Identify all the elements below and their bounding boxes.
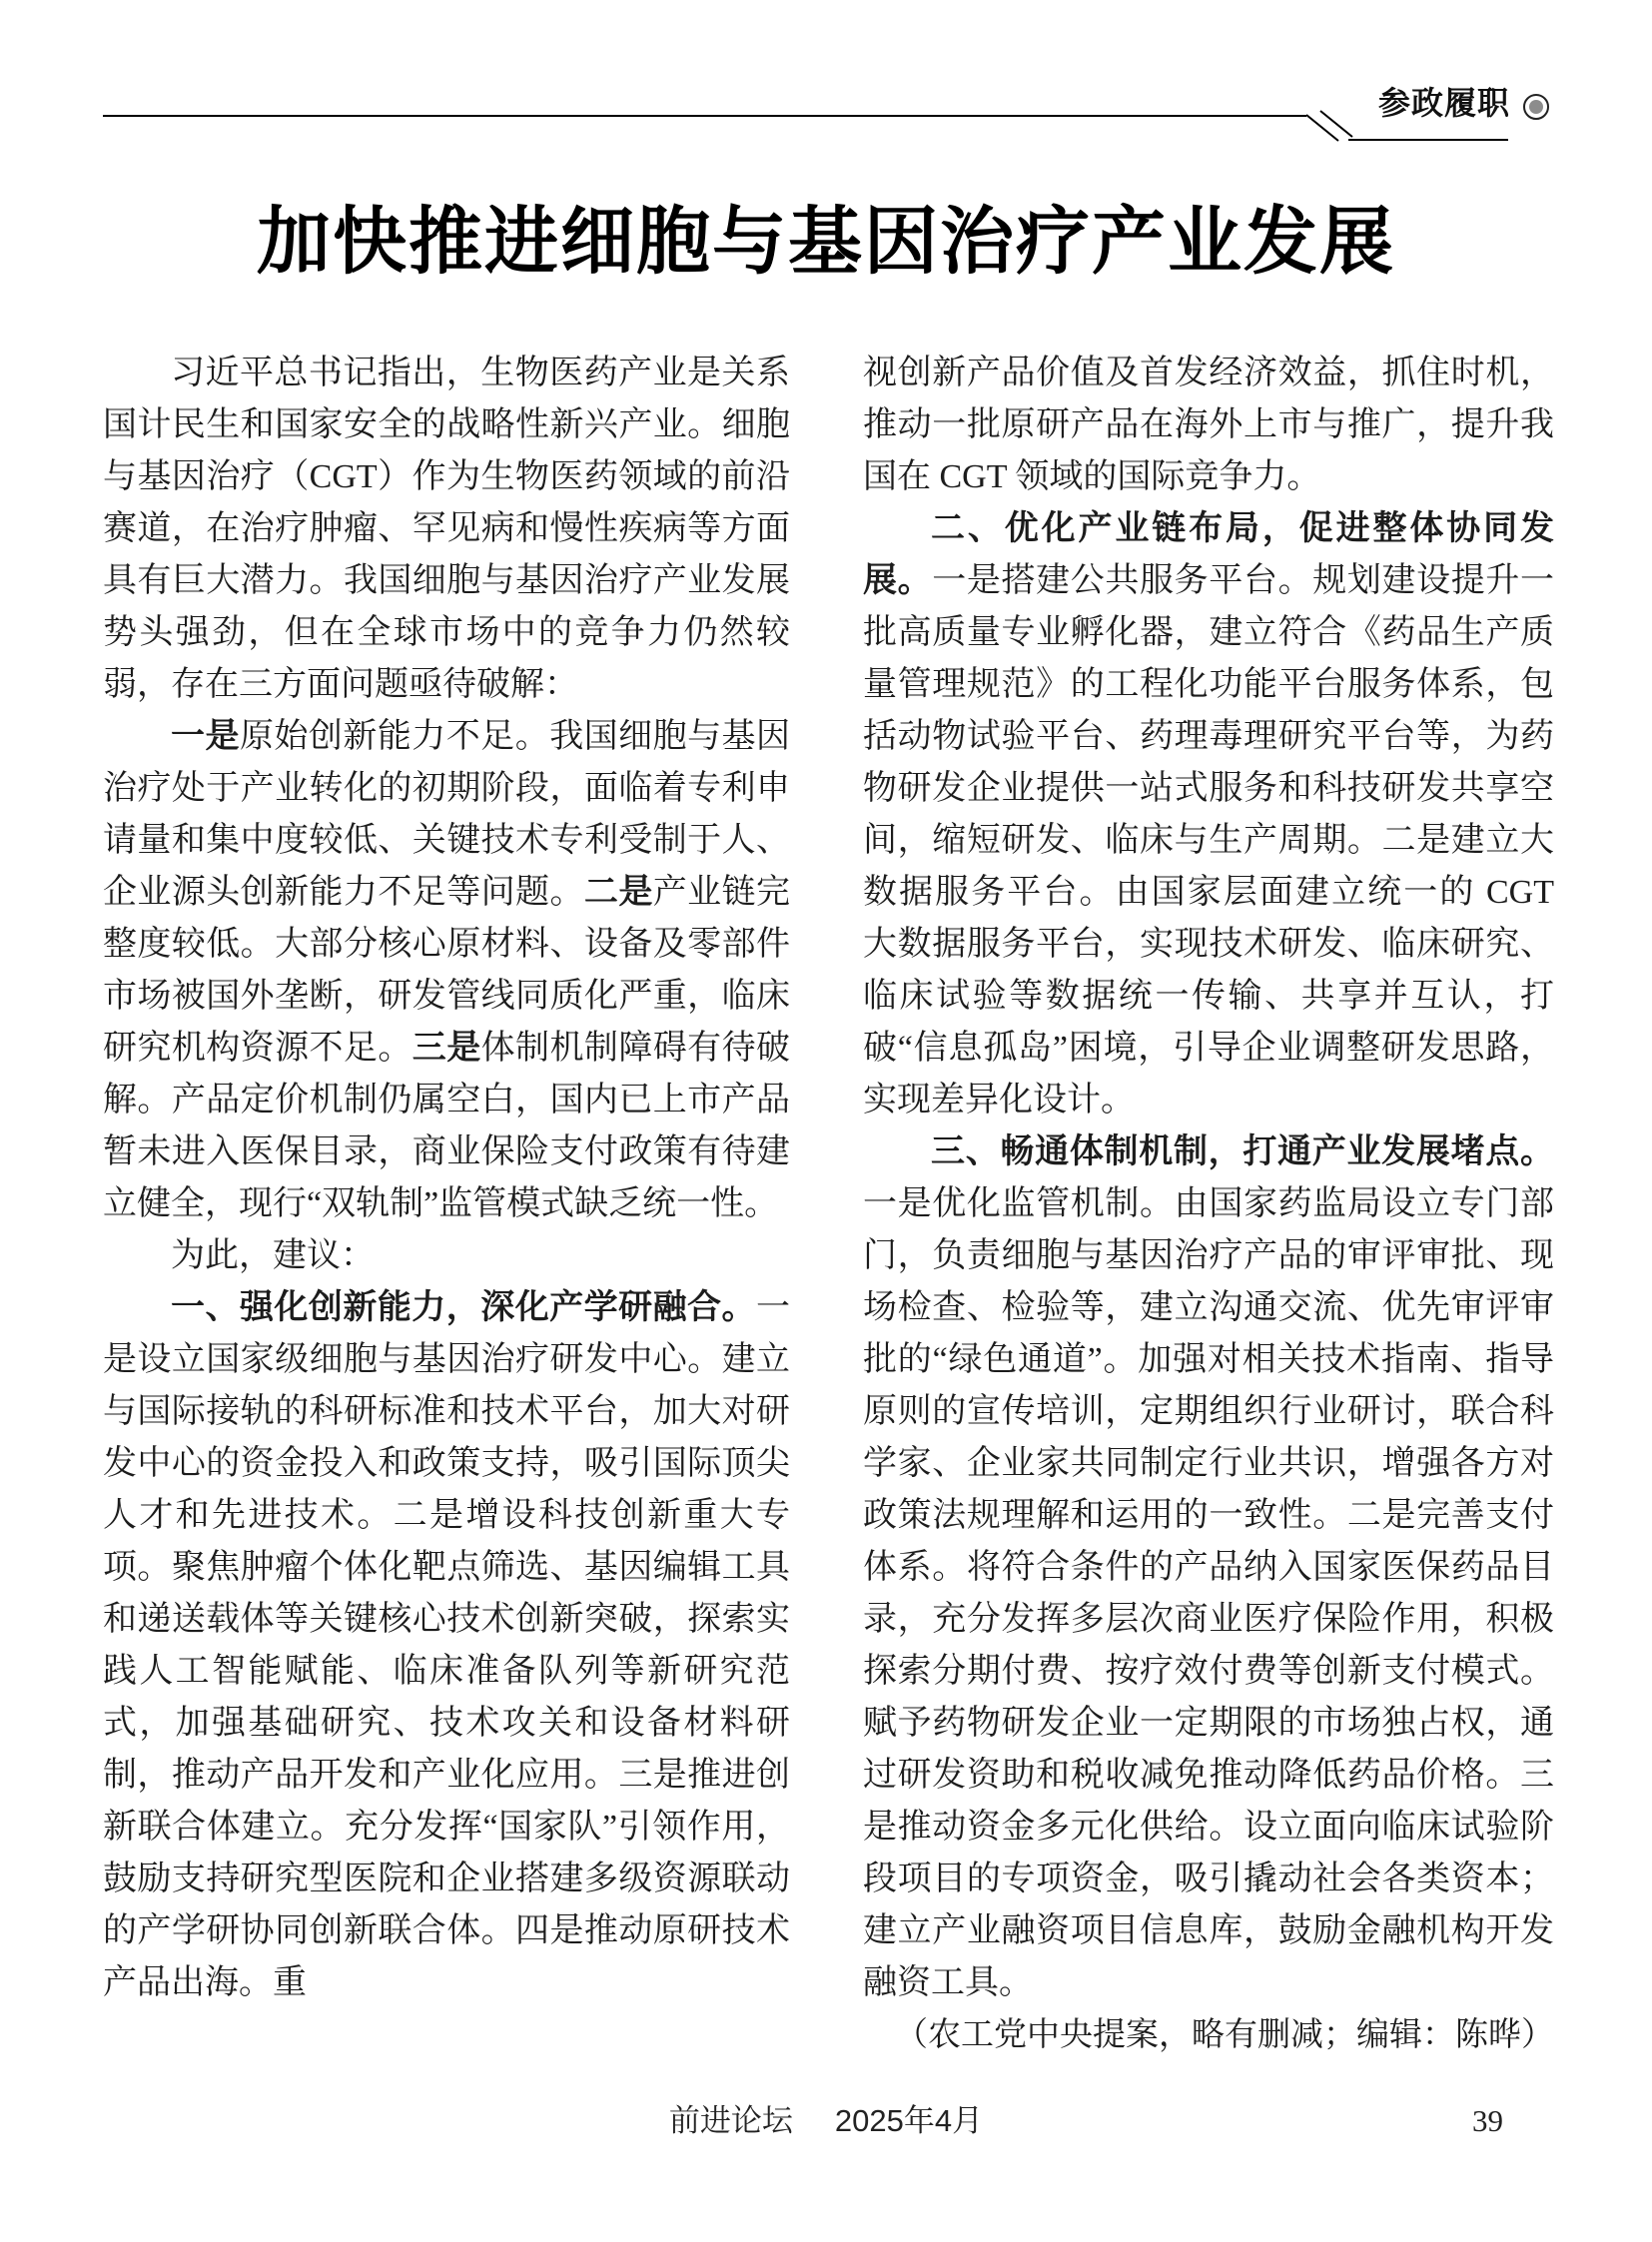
footer: 前进论坛 2025年4月 [0,2103,1652,2139]
paragraph: 视创新产品价值及首发经济效益，抓住时机，推动一批原研产品在海外上市与推广，提升我… [863,348,1554,503]
text-segment: 一是设立国家级细胞与基因治疗研发中心。建立与国际接轨的科研标准和技术平台，加大对… [103,1289,790,2001]
text-segment: 一是搭建公共服务平台。规划建设提升一批高质量专业孵化器，建立符合《药品生产质量管… [863,562,1554,1119]
text-segment: 一是优化监管机制。由国家药监局设立专门部门，负责细胞与基因治疗产品的审评审批、现… [863,1185,1554,2001]
article-title: 加快推进细胞与基因治疗产业发展 [0,196,1652,288]
bold-text-segment: 二是 [584,874,653,911]
text-segment: 视创新产品价值及首发经济效益，抓住时机，推动一批原研产品在海外上市与推广，提升我… [863,355,1554,495]
section-bullet-icon [1523,94,1549,120]
bold-text-segment: 一是 [171,718,240,755]
text-column-right: 视创新产品价值及首发经济效益，抓住时机，推动一批原研产品在海外上市与推广，提升我… [863,348,1554,2077]
bullet-dot [1529,100,1543,114]
attribution-line: （农工党中央提案，略有删减；编辑：陈晔） [863,2009,1554,2061]
magazine-page: 参政履职 加快推进细胞与基因治疗产业发展 习近平总书记指出，生物医药产业是关系国… [0,0,1652,2242]
paragraph: 二、优化产业链布局，促进整体协同发展。一是搭建公共服务平台。规划建设提升一批高质… [863,503,1554,1126]
paragraph: 三、畅通体制机制，打通产业发展堵点。一是优化监管机制。由国家药监局设立专门部门，… [863,1126,1554,2009]
paragraph: 为此，建议： [103,1230,790,1282]
paragraph: 习近平总书记指出，生物医药产业是关系国计民生和国家安全的战略性新兴产业。细胞与基… [103,348,790,711]
paragraph: 一是原始创新能力不足。我国细胞与基因治疗处于产业转化的初期阶段，面临着专利申请量… [103,711,790,1230]
bold-text-segment: 一、强化创新能力，深化产学研融合。 [171,1289,756,1326]
section-label: 参政履职 [1378,86,1510,120]
text-segment: 为此，建议： [171,1237,375,1274]
bold-text-segment: 三、畅通体制机制，打通产业发展堵点。 [931,1133,1554,1170]
journal-name: 前进论坛 [669,2103,793,2139]
text-segment: （农工党中央提案，略有删减；编辑：陈晔） [895,2017,1554,2053]
text-segment: 习近平总书记指出，生物医药产业是关系国计民生和国家安全的战略性新兴产业。细胞与基… [103,355,790,703]
bold-text-segment: 三是 [413,1030,481,1067]
paragraph: 一、强化创新能力，深化产学研融合。一是设立国家级细胞与基因治疗研发中心。建立与国… [103,1282,790,2009]
text-column-left: 习近平总书记指出，生物医药产业是关系国计民生和国家安全的战略性新兴产业。细胞与基… [103,348,790,2077]
issue-date: 2025年4月 [835,2103,983,2139]
page-number: 39 [1472,2103,1503,2139]
